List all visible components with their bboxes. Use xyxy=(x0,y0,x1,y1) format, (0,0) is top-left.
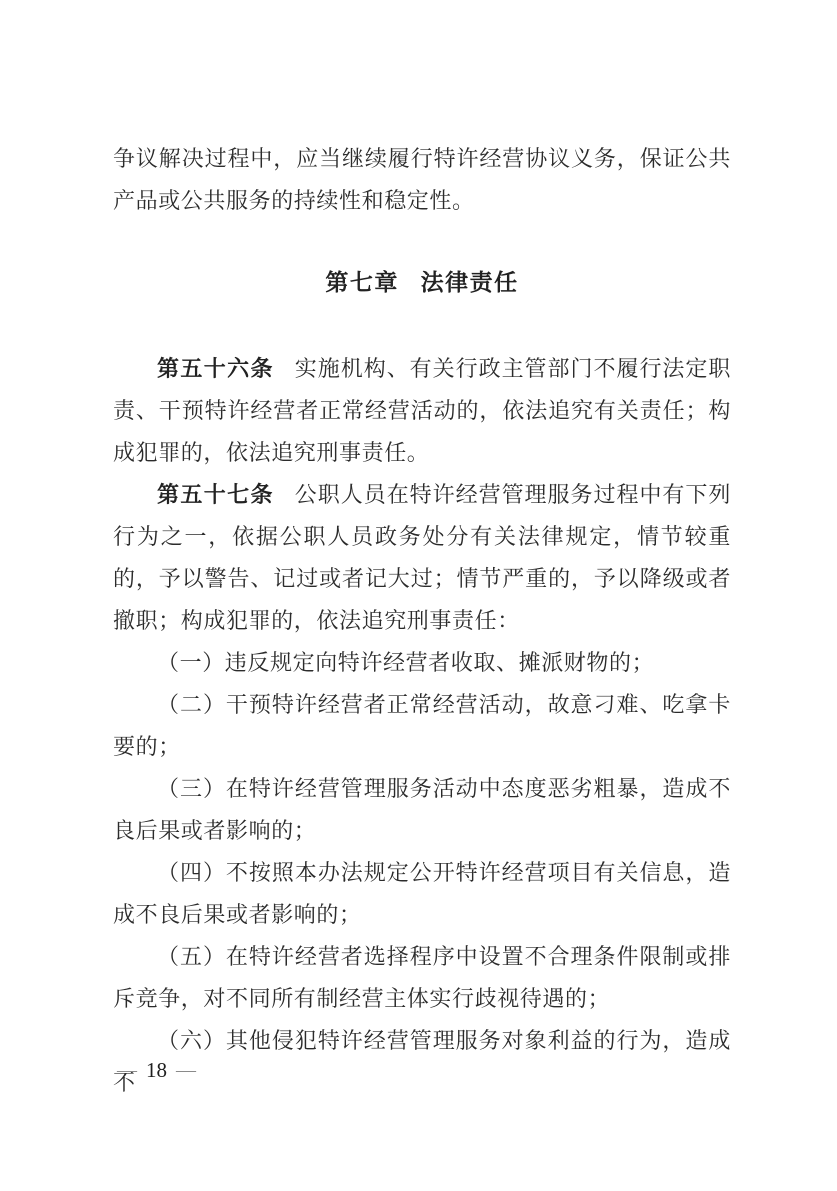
page-footer: —18— xyxy=(117,1056,196,1084)
document-page: 争议解决过程中，应当继续履行特许经营协议义务，保证公共产品或公共服务的持续性和稳… xyxy=(0,0,837,1191)
article-56-number: 第五十六条 xyxy=(157,356,274,381)
list-item-5: （五）在特许经营者选择程序中设置不合理条件限制或排斥竞争，对不同所有制经营主体实… xyxy=(113,936,731,1020)
page-body-text: 争议解决过程中，应当继续履行特许经营协议义务，保证公共产品或公共服务的持续性和稳… xyxy=(113,138,731,1104)
article-57: 第五十七条公职人员在特许经营管理服务过程中有下列行为之一，依据公职人员政务处分有… xyxy=(113,474,731,642)
list-item-1: （一）违反规定向特许经营者收取、摊派财物的； xyxy=(113,642,731,684)
chapter-number: 第七章 xyxy=(325,269,399,295)
list-item-6: （六）其他侵犯特许经营管理服务对象利益的行为，造成不 xyxy=(113,1020,731,1104)
chapter-heading: 第七章法律责任 xyxy=(113,261,731,303)
continuation-paragraph: 争议解决过程中，应当继续履行特许经营协议义务，保证公共产品或公共服务的持续性和稳… xyxy=(113,138,731,222)
page-number: 18 xyxy=(146,1058,167,1082)
list-item-3: （三）在特许经营管理服务活动中态度恶劣粗暴，造成不良后果或者影响的； xyxy=(113,768,731,852)
list-item-4: （四）不按照本办法规定公开特许经营项目有关信息，造成不良后果或者影响的； xyxy=(113,852,731,936)
footer-dash-right: — xyxy=(176,1059,196,1081)
chapter-title: 法律责任 xyxy=(421,269,519,295)
footer-dash-left: — xyxy=(117,1059,137,1081)
article-57-number: 第五十七条 xyxy=(157,482,274,507)
list-item-2: （二）干预特许经营者正常经营活动，故意刁难、吃拿卡要的； xyxy=(113,684,731,768)
article-56: 第五十六条实施机构、有关行政主管部门不履行法定职责、干预特许经营者正常经营活动的… xyxy=(113,348,731,474)
